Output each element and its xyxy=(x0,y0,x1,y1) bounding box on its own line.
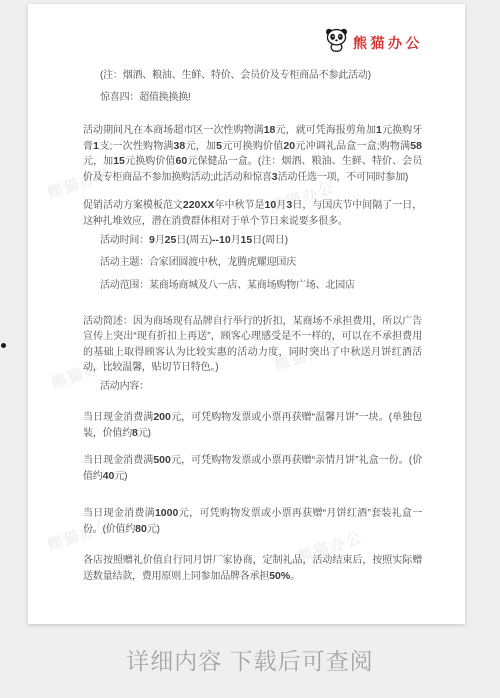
tier-200-gift-paragraph: 当日现金消费满200元，可凭购物发票或小票再获赠“温馨月饼”一块。(单独包装，价… xyxy=(83,410,422,441)
left-edge-dot xyxy=(1,343,6,348)
note-excluded-goods: (注：烟酒、粮油、生鲜、特价、会员价及专柜商品不参此活动) xyxy=(83,68,422,84)
download-hint: 详细内容 下载后可查阅 xyxy=(0,646,500,676)
activity-theme-line: 活动主题：合家团圆渡中秋，龙腾虎耀迎国庆 xyxy=(83,255,422,271)
activity-scope-line: 活动范围：某商场商城及八一店、某商场购物广场、北园店 xyxy=(83,278,422,294)
surprise-four-heading: 惊喜四：超值换换换! xyxy=(83,90,422,106)
document-body: (注：烟酒、粮油、生鲜、特价、会员价及专柜商品不参此活动) 惊喜四：超值换换换!… xyxy=(28,4,465,584)
tier-500-gift-paragraph: 当日现金消费满500元，可凭购物发票或小票再获赠“亲情月饼”礼盒一份。(价值约4… xyxy=(83,453,422,484)
preview-canvas: { "logo": { "brand": "熊猫办公" }, "watermar… xyxy=(0,0,500,698)
activity-summary-paragraph: 活动简述：因为商场现有品牌自行举行的折扣，某商场不承担费用，所以广告宣传上突出“… xyxy=(83,314,422,376)
settlement-paragraph: 各店按照赠礼价值自行同月饼厂家协商，定制礼品，活动结束后，按照实际赠送数量结款，… xyxy=(83,553,422,584)
plan-intro-paragraph: 促销活动方案模板范文220XX年中秋节是10月3日，与国庆节中间隔了一日，这种扎… xyxy=(83,198,422,229)
activity-content-heading: 活动内容： xyxy=(83,379,422,395)
document-page: 熊猫办公 熊猫办公 熊猫办公 熊猫办公 熊猫办公 熊猫办公 熊猫办公 (注：烟酒… xyxy=(28,4,465,624)
exchange-promo-paragraph: 活动期间凡在本商场超市区一次性购物满18元，就可凭海报剪角加1元换购牙膏1支;一… xyxy=(83,123,422,185)
tier-1000-gift-paragraph: 当日现金消费满1000元，可凭购物发票或小票再获赠“月饼红酒”套装礼盒一份。(价… xyxy=(83,506,422,537)
activity-time-line: 活动时间：9月25日(周五)--10月15日(周日) xyxy=(83,233,422,249)
